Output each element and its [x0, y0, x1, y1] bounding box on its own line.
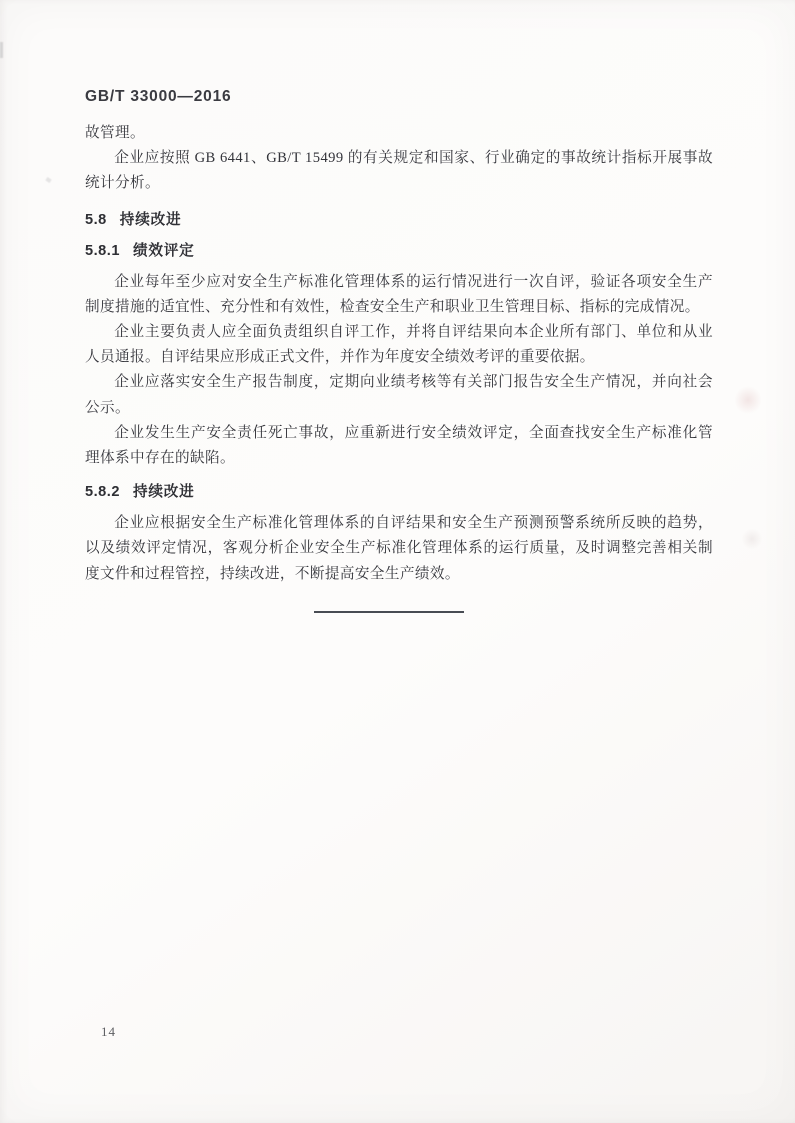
section-5-8-heading: 5.8持续改进 [85, 210, 713, 230]
section-5-8-number: 5.8 [85, 210, 107, 230]
self-evaluation-paragraph: 企业每年至少应对安全生产标准化管理体系的运行情况进行一次自评，验证各项安全生产制… [85, 270, 713, 320]
scan-edge-speck [45, 177, 51, 183]
section-5-8-2-heading: 5.8.2持续改进 [85, 482, 713, 502]
end-of-text-rule [314, 611, 464, 613]
continuous-improvement-paragraph: 企业应根据安全生产标准化管理体系的自评结果和安全生产预测预警系统所反映的趋势，以… [85, 511, 713, 587]
accident-statistics-paragraph: 企业应按照 GB 6441、GB/T 15499 的有关规定和国家、行业确定的事… [85, 146, 713, 196]
fatal-accident-reevaluation-paragraph: 企业发生生产安全责任死亡事故，应重新进行安全绩效评定，全面查找安全生产标准化管理… [85, 421, 713, 471]
scanned-document-page: GB/T 33000—2016 故管理。 企业应按照 GB 6441、GB/T … [0, 0, 795, 1123]
scan-edge-speck [0, 42, 3, 58]
section-5-8-title: 持续改进 [120, 212, 182, 228]
reporting-system-paragraph: 企业应落实安全生产报告制度，定期向业绩考核等有关部门报告安全生产情况，并向社会公… [85, 370, 713, 420]
document-body: 故管理。 企业应按照 GB 6441、GB/T 15499 的有关规定和国家、行… [85, 121, 713, 613]
standard-number-header: GB/T 33000—2016 [85, 88, 231, 106]
section-5-8-1-heading: 5.8.1绩效评定 [85, 241, 713, 261]
scan-smudge [735, 385, 761, 415]
carryover-sentence-tail: 故管理。 [85, 121, 713, 146]
scan-smudge [742, 528, 762, 550]
section-5-8-1-title: 绩效评定 [133, 243, 195, 259]
section-5-8-2-title: 持续改进 [133, 484, 195, 500]
principal-responsibility-paragraph: 企业主要负责人应全面负责组织自评工作，并将自评结果向本企业所有部门、单位和从业人… [85, 320, 713, 370]
section-5-8-2-number: 5.8.2 [85, 482, 120, 502]
section-5-8-1-number: 5.8.1 [85, 241, 120, 261]
page-number: 14 [101, 1024, 116, 1040]
